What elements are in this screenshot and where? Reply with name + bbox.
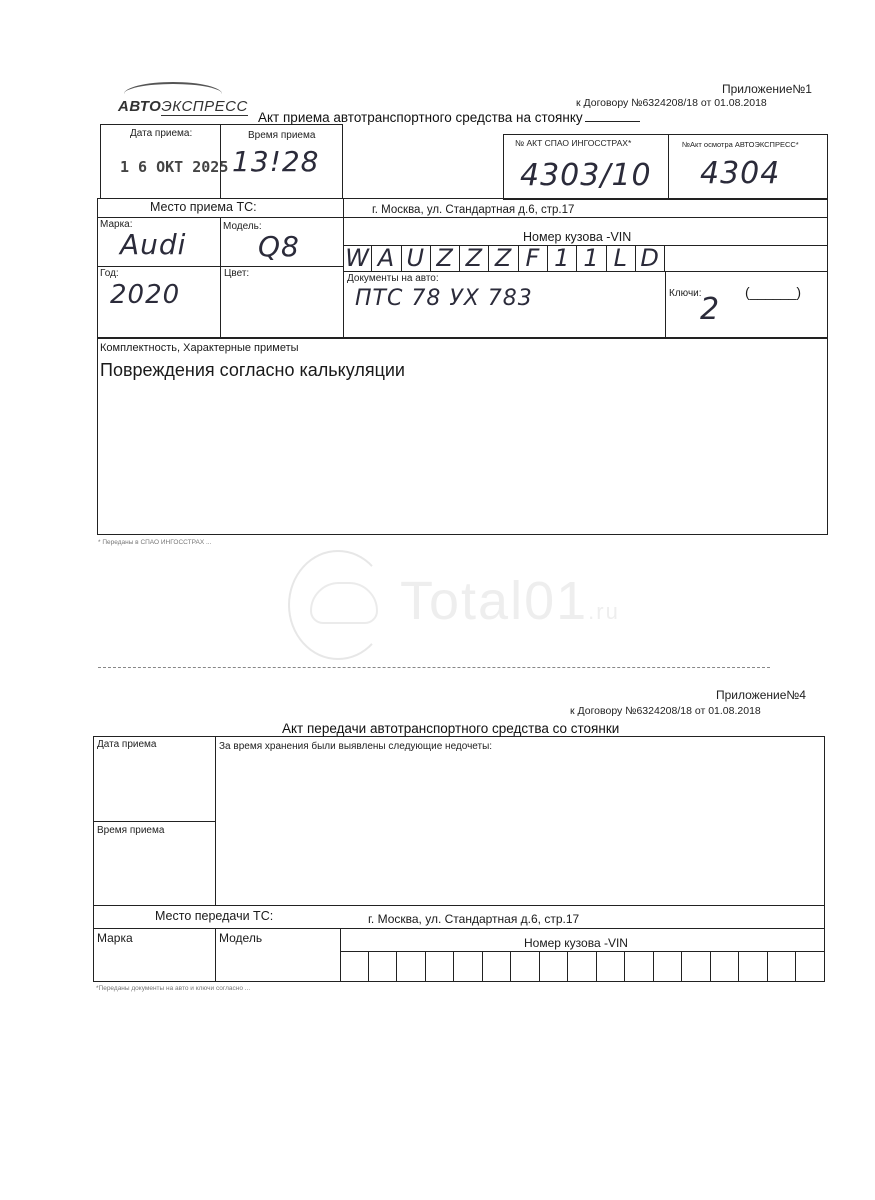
- avtoexpress-logo: АВТОЭКСПРЕСС: [118, 82, 228, 122]
- handover-place-value: г. Москва, ул. Стандартная д.6, стр.17: [368, 912, 579, 926]
- handover-time-label: Время приема: [97, 825, 164, 836]
- vin-char-cell[interactable]: 1: [577, 245, 606, 271]
- ingos-act-value[interactable]: 4303/10: [520, 158, 652, 193]
- color-label: Цвет:: [224, 268, 249, 279]
- vin-char-cell[interactable]: [692, 245, 719, 271]
- handover-vin-label: Номер кузова -VIN: [524, 936, 628, 950]
- model-label: Модель:: [223, 221, 262, 232]
- date-label: Дата приема:: [130, 128, 192, 139]
- time-label: Время приема: [248, 130, 315, 141]
- inspection-act-label: №Акт осмотра АВТОЭКСПРЕСС*: [682, 140, 799, 149]
- vin-char-cell[interactable]: [747, 245, 774, 271]
- vin-char-cell[interactable]: [739, 951, 768, 982]
- logo-text-light: ЭКСПРЕСС: [161, 98, 247, 116]
- vin-label: Номер кузова -VIN: [523, 230, 631, 244]
- act4-title: Акт передачи автотранспортного средства …: [282, 721, 619, 736]
- watermark-suffix: .ru: [588, 599, 620, 624]
- vin-char-cell[interactable]: D: [636, 245, 665, 271]
- vin-char-cell[interactable]: [796, 951, 825, 982]
- ingos-act-label: № АКТ СПАО ИНГОССТРАХ*: [515, 138, 631, 148]
- keys-label: Ключи:: [669, 288, 702, 299]
- vin-char-cell[interactable]: W: [343, 245, 372, 271]
- act4-contract-reference: к Договору №6324208/18 от 01.08.2018: [570, 705, 761, 717]
- vin-char-cell[interactable]: [397, 951, 426, 982]
- vin-char-cell[interactable]: [774, 245, 801, 271]
- act1-appendix-number: Приложение№1: [722, 82, 812, 96]
- place-label: Место приема ТС:: [150, 200, 257, 214]
- documents-label: Документы на авто:: [347, 273, 439, 284]
- act1-contract-reference: к Договору №6324208/18 от 01.08.2018: [576, 97, 767, 109]
- vin-char-cell[interactable]: Z: [431, 245, 460, 271]
- vin-char-cell[interactable]: [711, 951, 740, 982]
- brand-value[interactable]: Audi: [120, 228, 186, 261]
- handover-vin-cells: [340, 951, 825, 982]
- logo-text-bold: АВТО: [118, 98, 161, 115]
- vin-char-cell[interactable]: [719, 245, 746, 271]
- vin-char-cell[interactable]: [483, 951, 512, 982]
- vin-char-cell[interactable]: Z: [460, 245, 489, 271]
- vin-char-cell[interactable]: [369, 951, 398, 982]
- year-value[interactable]: 2020: [110, 280, 180, 310]
- vin-char-cell[interactable]: [454, 951, 483, 982]
- cut-line-divider: [98, 667, 770, 668]
- cloud-car-icon: [310, 582, 378, 624]
- model-value[interactable]: Q8: [258, 230, 300, 263]
- act4-footnote: *Переданы документы на авто и ключи согл…: [96, 985, 250, 992]
- handover-brand-label: Марка: [97, 931, 133, 945]
- vin-char-cell[interactable]: [511, 951, 540, 982]
- vin-char-cell[interactable]: [665, 245, 692, 271]
- vin-char-cell[interactable]: [540, 951, 569, 982]
- vin-char-cell[interactable]: [568, 951, 597, 982]
- vin-char-cell[interactable]: [682, 951, 711, 982]
- vin-char-cell[interactable]: [625, 951, 654, 982]
- vin-char-cell[interactable]: Z: [489, 245, 518, 271]
- documents-value[interactable]: ПТС 78 УХ 783: [355, 286, 533, 311]
- act1-footnote: * Переданы в СПАО ИНГОССТРАХ ...: [98, 539, 211, 546]
- watermark-text: Total01: [400, 571, 588, 631]
- vin-char-cell[interactable]: [426, 951, 455, 982]
- year-label: Год:: [100, 268, 119, 279]
- keys-value[interactable]: 2: [700, 292, 720, 327]
- completeness-label: Комплектность, Характерные приметы: [100, 342, 299, 354]
- date-stamp[interactable]: 1 6 ОКТ 2025: [120, 158, 228, 176]
- vin-char-cell[interactable]: A: [372, 245, 401, 271]
- act4-appendix-number: Приложение№4: [716, 688, 806, 702]
- vin-char-cell[interactable]: L: [607, 245, 636, 271]
- completeness-value[interactable]: Повреждения согласно калькуляции: [100, 360, 405, 381]
- defects-label: За время хранения были выявлены следующи…: [219, 741, 492, 752]
- inspection-act-value[interactable]: 4304: [700, 156, 780, 191]
- vin-char-cell[interactable]: F: [519, 245, 548, 271]
- vin-cells: WAUZZZF11LD: [343, 245, 828, 271]
- handover-place-label: Место передачи ТС:: [155, 909, 273, 923]
- keys-paren-field[interactable]: (______): [745, 284, 801, 300]
- place-value: г. Москва, ул. Стандартная д.6, стр.17: [372, 204, 574, 216]
- time-value[interactable]: 13!28: [232, 145, 319, 178]
- vin-char-cell[interactable]: [768, 951, 797, 982]
- defects-field[interactable]: [219, 756, 819, 901]
- handover-date-label: Дата приема: [97, 739, 156, 750]
- vin-char-cell[interactable]: [654, 951, 683, 982]
- handover-model-label: Модель: [219, 931, 262, 945]
- total01-watermark: Total01.ru: [288, 550, 608, 670]
- vin-char-cell[interactable]: [597, 951, 626, 982]
- vin-char-cell[interactable]: [340, 951, 369, 982]
- vin-char-cell[interactable]: U: [402, 245, 431, 271]
- vin-char-cell[interactable]: 1: [548, 245, 577, 271]
- act1-title: Акт приема автотранспортного средства на…: [258, 110, 640, 125]
- vin-char-cell[interactable]: [801, 245, 828, 271]
